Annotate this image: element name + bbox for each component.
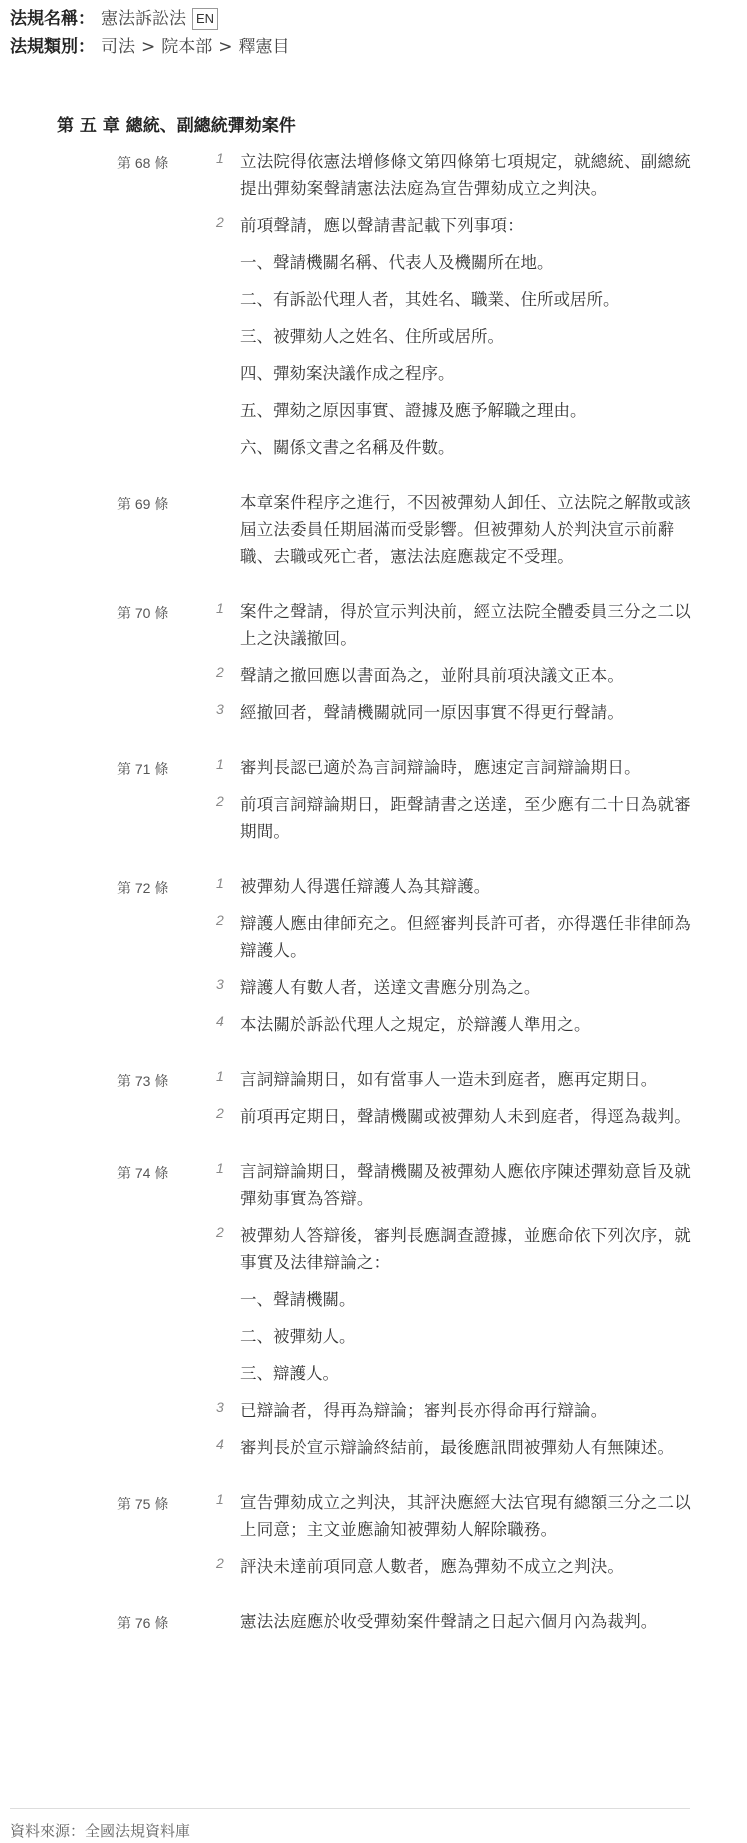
article-number[interactable]: 第 76 條	[117, 1613, 168, 1633]
article-number[interactable]: 第 68 條	[117, 153, 168, 173]
article-71: 第 71 條 1 審判長認已適於為言詞辯論時，應速定言詞辯論期日。 2 前項言詞…	[0, 754, 747, 845]
paragraph-number: 2	[216, 1105, 224, 1121]
paragraph: 3 辯護人有數人者，送達文書應分別為之。	[240, 974, 702, 1001]
paragraph: 1 立法院得依憲法增修條文第四條第七項規定，就總統、副總統提出彈劾案聲請憲法法庭…	[240, 148, 702, 202]
breadcrumb-separator: >	[141, 37, 155, 57]
list-item: 二、被彈劾人。	[240, 1323, 702, 1350]
article-number[interactable]: 第 69 條	[117, 494, 168, 514]
list-item: 三、被彈劾人之姓名、住所或居所。	[240, 323, 702, 350]
list-item: 三、辯護人。	[240, 1360, 702, 1387]
article-68: 第 68 條 1 立法院得依憲法增修條文第四條第七項規定，就總統、副總統提出彈劾…	[0, 148, 747, 461]
paragraph: 憲法法庭應於收受彈劾案件聲請之日起六個月內為裁判。	[240, 1608, 702, 1635]
paragraph: 2 評決未達前項同意人數者，應為彈劾不成立之判決。	[240, 1553, 702, 1580]
paragraph-number: 1	[216, 1160, 224, 1176]
law-category-row: 法規類別：司法>院本部>釋憲目	[10, 35, 290, 59]
paragraph-number: 3	[216, 701, 224, 717]
paragraph-text: 言詞辯論期日，聲請機關及被彈劾人應依序陳述彈劾意旨及就彈劾事實為答辯。	[240, 1158, 702, 1212]
paragraph-text: 本章案件程序之進行，不因被彈劾人卸任、立法院之解散或該屆立法委員任期屆滿而受影響…	[240, 489, 702, 570]
paragraph: 2 前項再定期日，聲請機關或被彈劾人未到庭者，得逕為裁判。	[240, 1103, 702, 1130]
article-number[interactable]: 第 75 條	[117, 1494, 168, 1514]
paragraph: 4 本法關於訴訟代理人之規定，於辯護人準用之。	[240, 1011, 702, 1038]
footer-divider	[10, 1808, 690, 1809]
paragraph: 2 辯護人應由律師充之。但經審判長許可者，亦得選任非律師為辯護人。	[240, 910, 702, 964]
paragraph: 2 前項言詞辯論期日，距聲請書之送達，至少應有二十日為就審期間。	[240, 791, 702, 845]
paragraph-number: 1	[216, 600, 224, 616]
paragraph: 1 言詞辯論期日，聲請機關及被彈劾人應依序陳述彈劾意旨及就彈劾事實為答辯。	[240, 1158, 702, 1212]
paragraph-number: 2	[216, 214, 224, 230]
paragraph-text: 案件之聲請，得於宣示判決前，經立法院全體委員三分之二以上之決議撤回。	[240, 598, 702, 652]
paragraph: 2 聲請之撤回應以書面為之，並附具前項決議文正本。	[240, 662, 702, 689]
paragraph-text: 辯護人有數人者，送達文書應分別為之。	[240, 974, 702, 1001]
paragraph-number: 2	[216, 664, 224, 680]
category-crumb-2[interactable]: 院本部	[161, 37, 212, 57]
article-69: 第 69 條 本章案件程序之進行，不因被彈劾人卸任、立法院之解散或該屆立法委員任…	[0, 489, 747, 570]
list-item: 一、聲請機關名稱、代表人及機關所在地。	[240, 249, 702, 276]
paragraph-number: 1	[216, 150, 224, 166]
article-number[interactable]: 第 73 條	[117, 1071, 168, 1091]
list-item: 六、關係文書之名稱及件數。	[240, 434, 702, 461]
paragraph: 1 被彈劾人得選任辯護人為其辯護。	[240, 873, 702, 900]
paragraph-number: 2	[216, 912, 224, 928]
data-source: 資料來源：全國法規資料庫	[10, 1820, 190, 1841]
article-75: 第 75 條 1 宣告彈劾成立之判決，其評決應經大法官現有總額三分之二以上同意；…	[0, 1489, 747, 1580]
paragraph-number: 4	[216, 1436, 224, 1452]
paragraph-text: 審判長認已適於為言詞辯論時，應速定言詞辯論期日。	[240, 754, 702, 781]
article-70: 第 70 條 1 案件之聲請，得於宣示判決前，經立法院全體委員三分之二以上之決議…	[0, 598, 747, 726]
article-list: 第 68 條 1 立法院得依憲法增修條文第四條第七項規定，就總統、副總統提出彈劾…	[0, 148, 747, 1663]
list-item: 四、彈劾案決議作成之程序。	[240, 360, 702, 387]
paragraph: 本章案件程序之進行，不因被彈劾人卸任、立法院之解散或該屆立法委員任期屆滿而受影響…	[240, 489, 702, 570]
paragraph-number: 1	[216, 875, 224, 891]
category-crumb-1[interactable]: 司法	[101, 37, 135, 57]
paragraph: 3 經撤回者，聲請機關就同一原因事實不得更行聲請。	[240, 699, 702, 726]
paragraph-number: 4	[216, 1013, 224, 1029]
paragraph-number: 2	[216, 1224, 224, 1240]
article-76: 第 76 條 憲法法庭應於收受彈劾案件聲請之日起六個月內為裁判。	[0, 1608, 747, 1635]
paragraph-number: 1	[216, 1068, 224, 1084]
list-item: 一、聲請機關。	[240, 1286, 702, 1313]
paragraph: 1 審判長認已適於為言詞辯論時，應速定言詞辯論期日。	[240, 754, 702, 781]
chapter-title: 第 五 章 總統、副總統彈劾案件	[57, 111, 296, 136]
paragraph-text: 立法院得依憲法增修條文第四條第七項規定，就總統、副總統提出彈劾案聲請憲法法庭為宣…	[240, 148, 702, 202]
category-crumb-3[interactable]: 釋憲目	[239, 37, 290, 57]
article-73: 第 73 條 1 言詞辯論期日，如有當事人一造未到庭者，應再定期日。 2 前項再…	[0, 1066, 747, 1130]
paragraph-text: 已辯論者，得再為辯論；審判長亦得命再行辯論。	[240, 1397, 702, 1424]
paragraph-text: 評決未達前項同意人數者，應為彈劾不成立之判決。	[240, 1553, 702, 1580]
paragraph-number: 3	[216, 1399, 224, 1415]
paragraph: 1 言詞辯論期日，如有當事人一造未到庭者，應再定期日。	[240, 1066, 702, 1093]
paragraph-number: 2	[216, 1555, 224, 1571]
paragraph-number: 1	[216, 1491, 224, 1507]
paragraph: 3 已辯論者，得再為辯論；審判長亦得命再行辯論。	[240, 1397, 702, 1424]
paragraph-text: 前項聲請，應以聲請書記載下列事項：	[240, 212, 702, 239]
article-number[interactable]: 第 72 條	[117, 878, 168, 898]
law-name-label: 法規名稱：	[10, 9, 95, 29]
paragraph: 1 案件之聲請，得於宣示判決前，經立法院全體委員三分之二以上之決議撤回。	[240, 598, 702, 652]
paragraph: 2 被彈劾人答辯後，審判長應調查證據，並應命依下列次序，就事實及法律辯論之：	[240, 1222, 702, 1276]
paragraph-text: 聲請之撤回應以書面為之，並附具前項決議文正本。	[240, 662, 702, 689]
breadcrumb-separator: >	[218, 37, 232, 57]
paragraph-number: 1	[216, 756, 224, 772]
paragraph-number: 2	[216, 793, 224, 809]
paragraph: 1 宣告彈劾成立之判決，其評決應經大法官現有總額三分之二以上同意；主文並應諭知被…	[240, 1489, 702, 1543]
paragraph-text: 審判長於宣示辯論終結前，最後應訊問被彈劾人有無陳述。	[240, 1434, 702, 1461]
article-number[interactable]: 第 74 條	[117, 1163, 168, 1183]
paragraph-text: 言詞辯論期日，如有當事人一造未到庭者，應再定期日。	[240, 1066, 702, 1093]
list-item: 二、有訴訟代理人者，其姓名、職業、住所或居所。	[240, 286, 702, 313]
paragraph-text: 前項再定期日，聲請機關或被彈劾人未到庭者，得逕為裁判。	[240, 1103, 702, 1130]
article-number[interactable]: 第 71 條	[117, 759, 168, 779]
law-name-value: 憲法訴訟法	[101, 9, 186, 29]
paragraph-text: 經撤回者，聲請機關就同一原因事實不得更行聲請。	[240, 699, 702, 726]
paragraph-text: 前項言詞辯論期日，距聲請書之送達，至少應有二十日為就審期間。	[240, 791, 702, 845]
article-72: 第 72 條 1 被彈劾人得選任辯護人為其辯護。 2 辯護人應由律師充之。但經審…	[0, 873, 747, 1038]
paragraph-text: 憲法法庭應於收受彈劾案件聲請之日起六個月內為裁判。	[240, 1608, 702, 1635]
list-item: 五、彈劾之原因事實、證據及應予解職之理由。	[240, 397, 702, 424]
paragraph-text: 被彈劾人得選任辯護人為其辯護。	[240, 873, 702, 900]
law-name-row: 法規名稱：憲法訴訟法EN	[10, 7, 218, 31]
paragraph: 4 審判長於宣示辯論終結前，最後應訊問被彈劾人有無陳述。	[240, 1434, 702, 1461]
paragraph-text: 被彈劾人答辯後，審判長應調查證據，並應命依下列次序，就事實及法律辯論之：	[240, 1222, 702, 1276]
english-version-link[interactable]: EN	[192, 8, 218, 30]
paragraph: 2 前項聲請，應以聲請書記載下列事項：	[240, 212, 702, 239]
law-category-label: 法規類別：	[10, 37, 95, 57]
paragraph-text: 本法關於訴訟代理人之規定，於辯護人準用之。	[240, 1011, 702, 1038]
article-number[interactable]: 第 70 條	[117, 603, 168, 623]
paragraph-text: 辯護人應由律師充之。但經審判長許可者，亦得選任非律師為辯護人。	[240, 910, 702, 964]
paragraph-text: 宣告彈劾成立之判決，其評決應經大法官現有總額三分之二以上同意；主文並應諭知被彈劾…	[240, 1489, 702, 1543]
article-74: 第 74 條 1 言詞辯論期日，聲請機關及被彈劾人應依序陳述彈劾意旨及就彈劾事實…	[0, 1158, 747, 1461]
paragraph-number: 3	[216, 976, 224, 992]
